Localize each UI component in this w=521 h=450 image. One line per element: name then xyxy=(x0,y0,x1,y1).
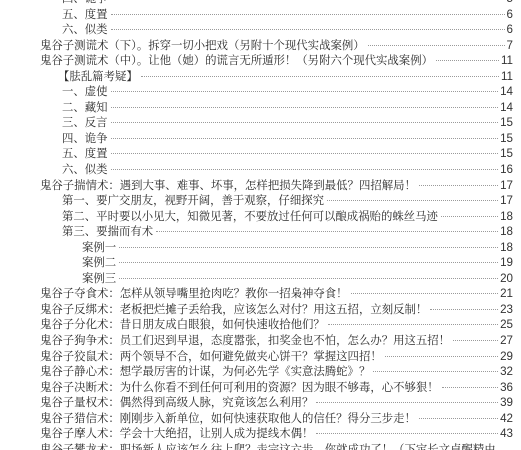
dot-leader xyxy=(141,76,499,77)
dot-leader xyxy=(373,371,498,372)
toc-entry[interactable]: 四、诡争15 xyxy=(0,131,521,147)
toc-page-number: 21 xyxy=(499,286,513,302)
table-of-contents: 四、诡争5 五、度置6 六、似类6 鬼谷子测谎术（下）。拆穿一切小把戏（另附十个… xyxy=(0,0,521,450)
dot-leader xyxy=(111,122,499,123)
toc-entry[interactable]: 第三、要揣而有术18 xyxy=(0,224,521,240)
toc-entry[interactable]: 鬼谷子狗争术：员工们迟到早退，态度嚣张，扣奖金也不怕，怎么办？用这五招！27 xyxy=(0,333,521,349)
toc-entry-label: 案例三 xyxy=(82,271,118,287)
toc-entry-label: 第二、平时要以小见大，知微见著，不要放过任何可以酿成祸贻的蛛丝马迹 xyxy=(62,209,440,225)
toc-entry-label: 鬼谷子决断术：为什么你看不到任何可利用的资源？因为眼不够毒，心不够狠！ xyxy=(40,380,441,396)
toc-page-number: 39 xyxy=(499,395,513,411)
toc-entry[interactable]: 鬼谷子决断术：为什么你看不到任何可利用的资源？因为眼不够毒，心不够狠！36 xyxy=(0,380,521,396)
toc-page-number: 6 xyxy=(506,22,513,38)
toc-entry-label: 鬼谷子攀龙术：职场新人应该怎么往上爬？走完这六步，你就成功了！（下定长文卓醒精由 xyxy=(40,442,498,450)
toc-entry-label: 五、度置 xyxy=(62,7,110,23)
dot-leader xyxy=(111,14,505,15)
toc-entry-label: 二、藏知 xyxy=(62,100,110,116)
toc-entry[interactable]: 一、虚使14 xyxy=(0,84,521,100)
toc-entry-label: 鬼谷子猎信术：刚刚步入新单位，如何快速获取他人的信任？得分三步走！ xyxy=(40,411,418,427)
toc-page-number: 15 xyxy=(499,115,513,131)
toc-page-number: 19 xyxy=(499,255,513,271)
toc-entry[interactable]: 【胠乱篇考疑】11 xyxy=(0,69,521,85)
toc-entry[interactable]: 三、反言15 xyxy=(0,115,521,131)
toc-page-number: 25 xyxy=(499,317,513,333)
toc-entry-label: 第三、要揣而有术 xyxy=(62,224,155,240)
dot-leader xyxy=(436,60,499,61)
toc-page-number: 32 xyxy=(499,364,513,380)
dot-leader xyxy=(119,262,498,263)
toc-entry-label: 鬼谷子静心术：想学最厉害的计谋，为何必先学《实意法腾蛇》？ xyxy=(40,364,372,380)
dot-leader xyxy=(327,200,498,201)
dot-leader xyxy=(430,309,498,310)
dot-leader xyxy=(419,418,498,419)
toc-entry[interactable]: 鬼谷子静心术：想学最厉害的计谋，为何必先学《实意法腾蛇》？32 xyxy=(0,364,521,380)
dot-leader xyxy=(119,278,498,279)
toc-entry[interactable]: 二、藏知14 xyxy=(0,100,521,116)
toc-entry[interactable]: 鬼谷子测谎术（中）。让他（她）的谎言无所遁形！（另附六个现代实战案例）11 xyxy=(0,53,521,69)
dot-leader xyxy=(385,356,498,357)
toc-page-number: 14 xyxy=(499,84,513,100)
toc-page-number: 17 xyxy=(499,193,513,209)
toc-page-number: 17 xyxy=(499,178,513,194)
toc-entry-label: 鬼谷子分化术：昔日朋友成白眼狼，如何快速收拾他们？ xyxy=(40,317,327,333)
dot-leader xyxy=(368,45,505,46)
toc-entry-label: 鬼谷子测谎术（下）。拆穿一切小把戏（另附十个现代实战案例） xyxy=(40,38,367,54)
dot-leader xyxy=(111,138,499,139)
toc-entry[interactable]: 案例一18 xyxy=(0,240,521,256)
dot-leader xyxy=(441,216,498,217)
toc-entry-label: 第一、要广交朋友，视野开阔，善于观察，仔细探究 xyxy=(62,193,326,209)
toc-entry[interactable]: 六、似类16 xyxy=(0,162,521,178)
toc-page-number: 36 xyxy=(499,380,513,396)
toc-page-number: 11 xyxy=(500,69,513,85)
dot-leader xyxy=(328,324,498,325)
toc-entry[interactable]: 鬼谷子测谎术（下）。拆穿一切小把戏（另附十个现代实战案例）7 xyxy=(0,38,521,54)
dot-leader xyxy=(316,402,498,403)
toc-entry[interactable]: 第二、平时要以小见大，知微见著，不要放过任何可以酿成祸贻的蛛丝马迹18 xyxy=(0,209,521,225)
toc-entry[interactable]: 六、似类6 xyxy=(0,22,521,38)
toc-entry[interactable]: 鬼谷子分化术：昔日朋友成白眼狼，如何快速收拾他们？25 xyxy=(0,317,521,333)
toc-entry[interactable]: 鬼谷子夺食术：怎样从领导嘴里抢肉吃？教你一招枭神夺食！21 xyxy=(0,286,521,302)
toc-entry-label: 【胠乱篇考疑】 xyxy=(58,69,140,85)
toc-page-number: 43 xyxy=(499,426,513,442)
toc-entry-label: 鬼谷子摩人术：学会十大绝招，让别人成为提线木偶！ xyxy=(40,426,315,442)
toc-page-number: 15 xyxy=(499,131,513,147)
toc-entry-label: 五、度置 xyxy=(62,146,110,162)
toc-entry[interactable]: 鬼谷子攀龙术：职场新人应该怎么往上爬？走完这六步，你就成功了！（下定长文卓醒精由 xyxy=(0,442,521,450)
toc-entry[interactable]: 案例二19 xyxy=(0,255,521,271)
toc-page-number: 6 xyxy=(506,7,513,23)
toc-entry[interactable]: 鬼谷子狡鼠术：两个领导不合，如何避免做夹心饼干？掌握这四招！29 xyxy=(0,349,521,365)
toc-page-number: 20 xyxy=(499,271,513,287)
dot-leader xyxy=(111,107,499,108)
dot-leader xyxy=(111,91,499,92)
dot-leader xyxy=(453,340,498,341)
toc-page-number: 29 xyxy=(499,349,513,365)
toc-entry[interactable]: 鬼谷子量权术：偶然得到高级人脉，究竟该怎么利用？39 xyxy=(0,395,521,411)
toc-page-number: 23 xyxy=(499,302,513,318)
toc-page-number: 11 xyxy=(500,53,513,69)
toc-entry-label: 六、似类 xyxy=(62,162,110,178)
toc-page-number: 18 xyxy=(499,209,513,225)
toc-entry-label: 鬼谷子揣情术：遇到大事、难事、坏事，怎样把损失降到最低？四招解局！ xyxy=(40,178,418,194)
toc-page-number: 16 xyxy=(499,162,513,178)
toc-entry[interactable]: 鬼谷子摩人术：学会十大绝招，让别人成为提线木偶！43 xyxy=(0,426,521,442)
dot-leader xyxy=(156,231,498,232)
dot-leader xyxy=(111,29,505,30)
toc-entry-label: 一、虚使 xyxy=(62,84,110,100)
toc-entry-label: 四、诡争 xyxy=(62,131,110,147)
toc-entry-label: 三、反言 xyxy=(62,115,110,131)
toc-entry-label: 案例一 xyxy=(82,240,118,256)
toc-page-number: 27 xyxy=(499,333,513,349)
toc-entry[interactable]: 第一、要广交朋友，视野开阔，善于观察，仔细探究17 xyxy=(0,193,521,209)
dot-leader xyxy=(111,169,499,170)
toc-entry-label: 鬼谷子反绑术：老板把烂摊子丢给我，应该怎么对付？用这五招，立刻反制！ xyxy=(40,302,429,318)
toc-entry[interactable]: 案例三20 xyxy=(0,271,521,287)
toc-entry-label: 案例二 xyxy=(82,255,118,271)
dot-leader xyxy=(442,387,498,388)
toc-entry-label: 鬼谷子夺食术：怎样从领导嘴里抢肉吃？教你一招枭神夺食！ xyxy=(40,286,350,302)
toc-entry-label: 鬼谷子狗争术：员工们迟到早退，态度嚣张，扣奖金也不怕，怎么办？用这五招！ xyxy=(40,333,452,349)
toc-entry[interactable]: 鬼谷子反绑术：老板把烂摊子丢给我，应该怎么对付？用这五招，立刻反制！23 xyxy=(0,302,521,318)
toc-page-number: 7 xyxy=(506,38,513,54)
toc-entry[interactable]: 五、度置6 xyxy=(0,7,521,23)
dot-leader xyxy=(111,153,499,154)
toc-page-number: 15 xyxy=(499,146,513,162)
toc-entry-label: 鬼谷子测谎术（中）。让他（她）的谎言无所遁形！（另附六个现代实战案例） xyxy=(40,53,435,69)
dot-leader xyxy=(419,185,498,186)
toc-page-number: 18 xyxy=(499,224,513,240)
toc-entry[interactable]: 鬼谷子猎信术：刚刚步入新单位，如何快速获取他人的信任？得分三步走！42 xyxy=(0,411,521,427)
toc-entry-label: 六、似类 xyxy=(62,22,110,38)
toc-page-number: 14 xyxy=(499,100,513,116)
toc-page-number: 42 xyxy=(499,411,513,427)
toc-entry[interactable]: 五、度置15 xyxy=(0,146,521,162)
dot-leader xyxy=(351,293,499,294)
dot-leader xyxy=(119,247,498,248)
dot-leader xyxy=(316,433,498,434)
toc-entry-label: 鬼谷子量权术：偶然得到高级人脉，究竟该怎么利用？ xyxy=(40,395,315,411)
toc-entry-label: 鬼谷子狡鼠术：两个领导不合，如何避免做夹心饼干？掌握这四招！ xyxy=(40,349,384,365)
toc-entry[interactable]: 鬼谷子揣情术：遇到大事、难事、坏事，怎样把损失降到最低？四招解局！17 xyxy=(0,178,521,194)
toc-page-number: 18 xyxy=(499,240,513,256)
